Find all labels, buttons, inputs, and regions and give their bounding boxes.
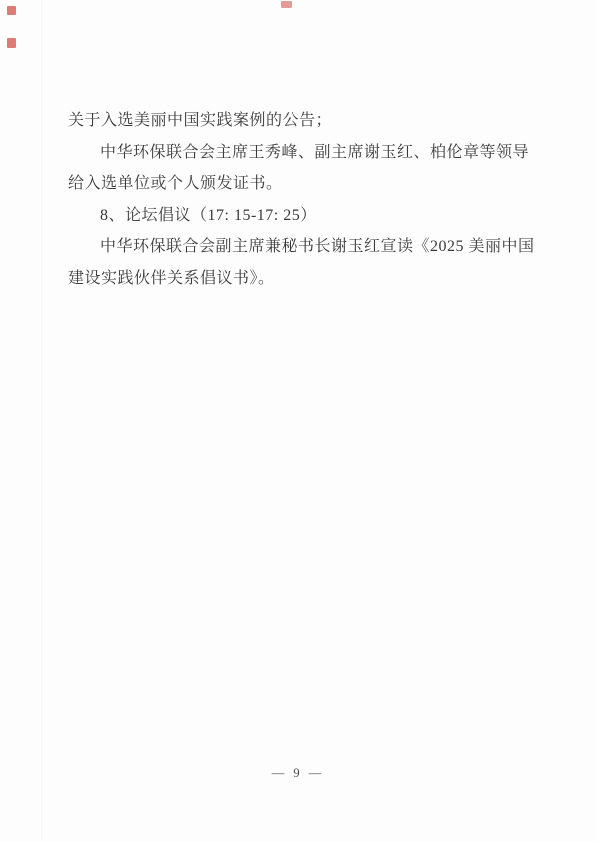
document-page: 关于入选美丽中国实践案例的公告； 中华环保联合会主席王秀峰、副主席谢玉红、柏伦章… xyxy=(0,0,596,842)
text-line: 中华环保联合会副主席兼秘书长谢玉红宣读《2025 美丽中国 xyxy=(68,231,532,263)
scan-edge-artifact xyxy=(41,0,42,842)
text-line: 关于入选美丽中国实践案例的公告； xyxy=(68,105,532,137)
red-stamp-artifact xyxy=(7,6,16,15)
red-stamp-artifact xyxy=(7,38,16,48)
text-line: 给入选单位或个人颁发证书。 xyxy=(68,168,532,200)
text-line: 建设实践伙伴关系倡议书》。 xyxy=(68,263,532,295)
text-line: 中华环保联合会主席王秀峰、副主席谢玉红、柏伦章等领导 xyxy=(68,137,532,169)
page-number: — 9 — xyxy=(0,766,596,781)
text-line: 8、论坛倡议（17: 15-17: 25） xyxy=(68,200,532,232)
red-stamp-artifact xyxy=(281,1,292,8)
body-text: 关于入选美丽中国实践案例的公告； 中华环保联合会主席王秀峰、副主席谢玉红、柏伦章… xyxy=(68,105,532,294)
